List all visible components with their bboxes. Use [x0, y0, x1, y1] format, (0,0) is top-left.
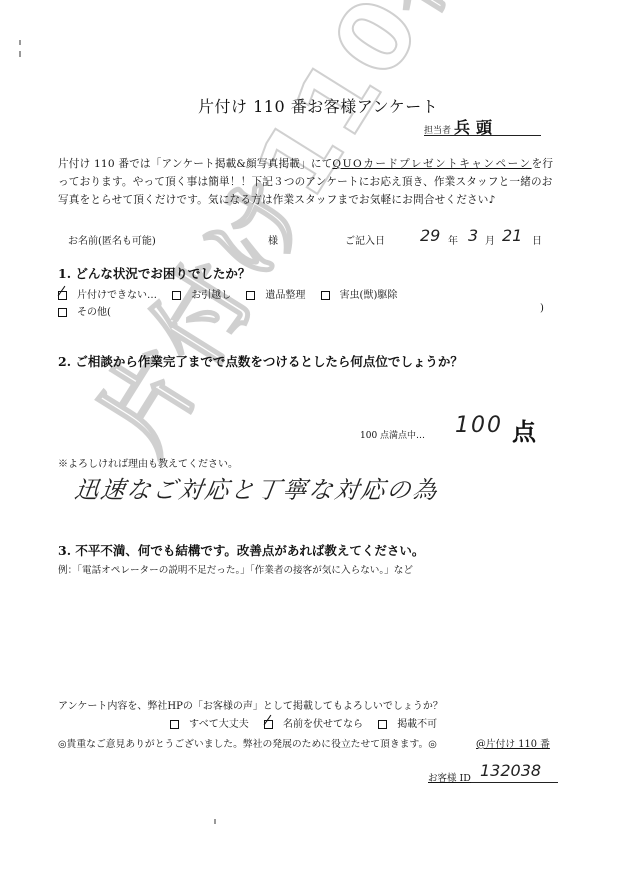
q1-option-tidy[interactable]: 片付けできない…	[58, 290, 157, 301]
day-unit: 日	[532, 232, 542, 247]
intro-text-1: 片付け 110 番では「アンケート掲載&顔写真掲載」にて	[58, 158, 332, 170]
q3-question: 3. 不平不満、何でも結構です。改善点があれば教えてください。	[58, 541, 424, 559]
q1-option-pest[interactable]: 害虫(獣)駆除	[321, 290, 398, 301]
q2-scale-label: 100 点満点中…	[360, 428, 425, 441]
q2-score[interactable]: 100	[455, 413, 503, 438]
page-title: 片付け 110 番お客様アンケート	[198, 94, 438, 117]
q1-option-other[interactable]: その他(	[58, 303, 111, 318]
thanks-message: ◎貴重なご意見ありがとうございました。弊社の発展のために役立たせて頂きます。◎	[58, 736, 437, 750]
date-day: 21	[502, 226, 522, 245]
date-year: 29	[420, 226, 440, 245]
q1-option-estate[interactable]: 遺品整理	[246, 290, 305, 301]
consent-option-anonymous[interactable]: 名前を伏せてなら	[264, 719, 363, 730]
brand-signature: @片付け 110 番	[476, 736, 550, 750]
checkbox-checked[interactable]	[264, 720, 273, 729]
month-unit: 月	[485, 232, 495, 247]
checkbox[interactable]	[170, 720, 179, 729]
q2-question: 2. ご相談から作業完了までで点数をつけるとしたら何点位でしょうか？	[58, 352, 463, 370]
staff-label: 担当者	[424, 123, 451, 136]
customer-id-value: 132038	[480, 761, 541, 780]
q3-example: 例：「電話オペレーターの説明不足だった。」「作業者の接客が気に入らない。」など	[58, 562, 413, 576]
q2-reason-answer[interactable]: 迅速なご対応と丁寧な対応の為	[73, 470, 442, 505]
q1-question: 1. どんな状況でお困りでしたか？	[58, 264, 250, 282]
consent-option-all-ok[interactable]: すべて大丈夫	[170, 719, 249, 730]
consent-option-no-publish[interactable]: 掲載不可	[378, 719, 437, 730]
staff-field: 担当者 兵頭	[424, 115, 541, 136]
scan-speck	[19, 40, 21, 45]
scan-speck	[19, 51, 21, 57]
consent-options: すべて大丈夫 名前を伏せてなら 掲載不可	[170, 715, 449, 730]
staff-name: 兵頭	[454, 115, 498, 138]
q1-options: 片付けできない… お引越し 遺品整理 害虫(獣)駆除	[58, 286, 409, 301]
intro-paragraph: 片付け 110 番では「アンケート掲載&顔写真掲載」にてQUOカードプレゼントキ…	[58, 155, 558, 209]
customer-id-label: お客様 ID	[428, 770, 471, 784]
consent-question: アンケート内容を、弊社HPの「お客様の声」として掲載してもよろしいでしょうか？	[58, 697, 443, 712]
customer-id-field: お客様 ID 132038	[428, 764, 558, 783]
campaign-name: QUOカードプレゼントキャンペーン	[332, 158, 531, 170]
q2-reason-prompt: ※よろしければ理由も教えてください。	[58, 455, 238, 470]
checkbox[interactable]	[378, 720, 387, 729]
checkbox[interactable]	[172, 291, 181, 300]
name-label: お名前(匿名も可能)	[68, 232, 156, 247]
checkbox-checked[interactable]	[58, 291, 67, 300]
q1-other-close-paren: )	[540, 303, 544, 314]
q2-score-unit: 点	[512, 412, 536, 447]
q1-option-moving[interactable]: お引越し	[172, 290, 231, 301]
checkbox[interactable]	[58, 308, 67, 317]
scan-speck	[214, 819, 216, 824]
date-label: ご記入日	[345, 232, 385, 247]
checkbox[interactable]	[321, 291, 330, 300]
checkbox[interactable]	[246, 291, 255, 300]
date-month: 3	[468, 226, 478, 245]
year-unit: 年	[448, 232, 458, 247]
q3-answer-area[interactable]	[58, 585, 558, 675]
honorific: 様	[268, 232, 278, 247]
